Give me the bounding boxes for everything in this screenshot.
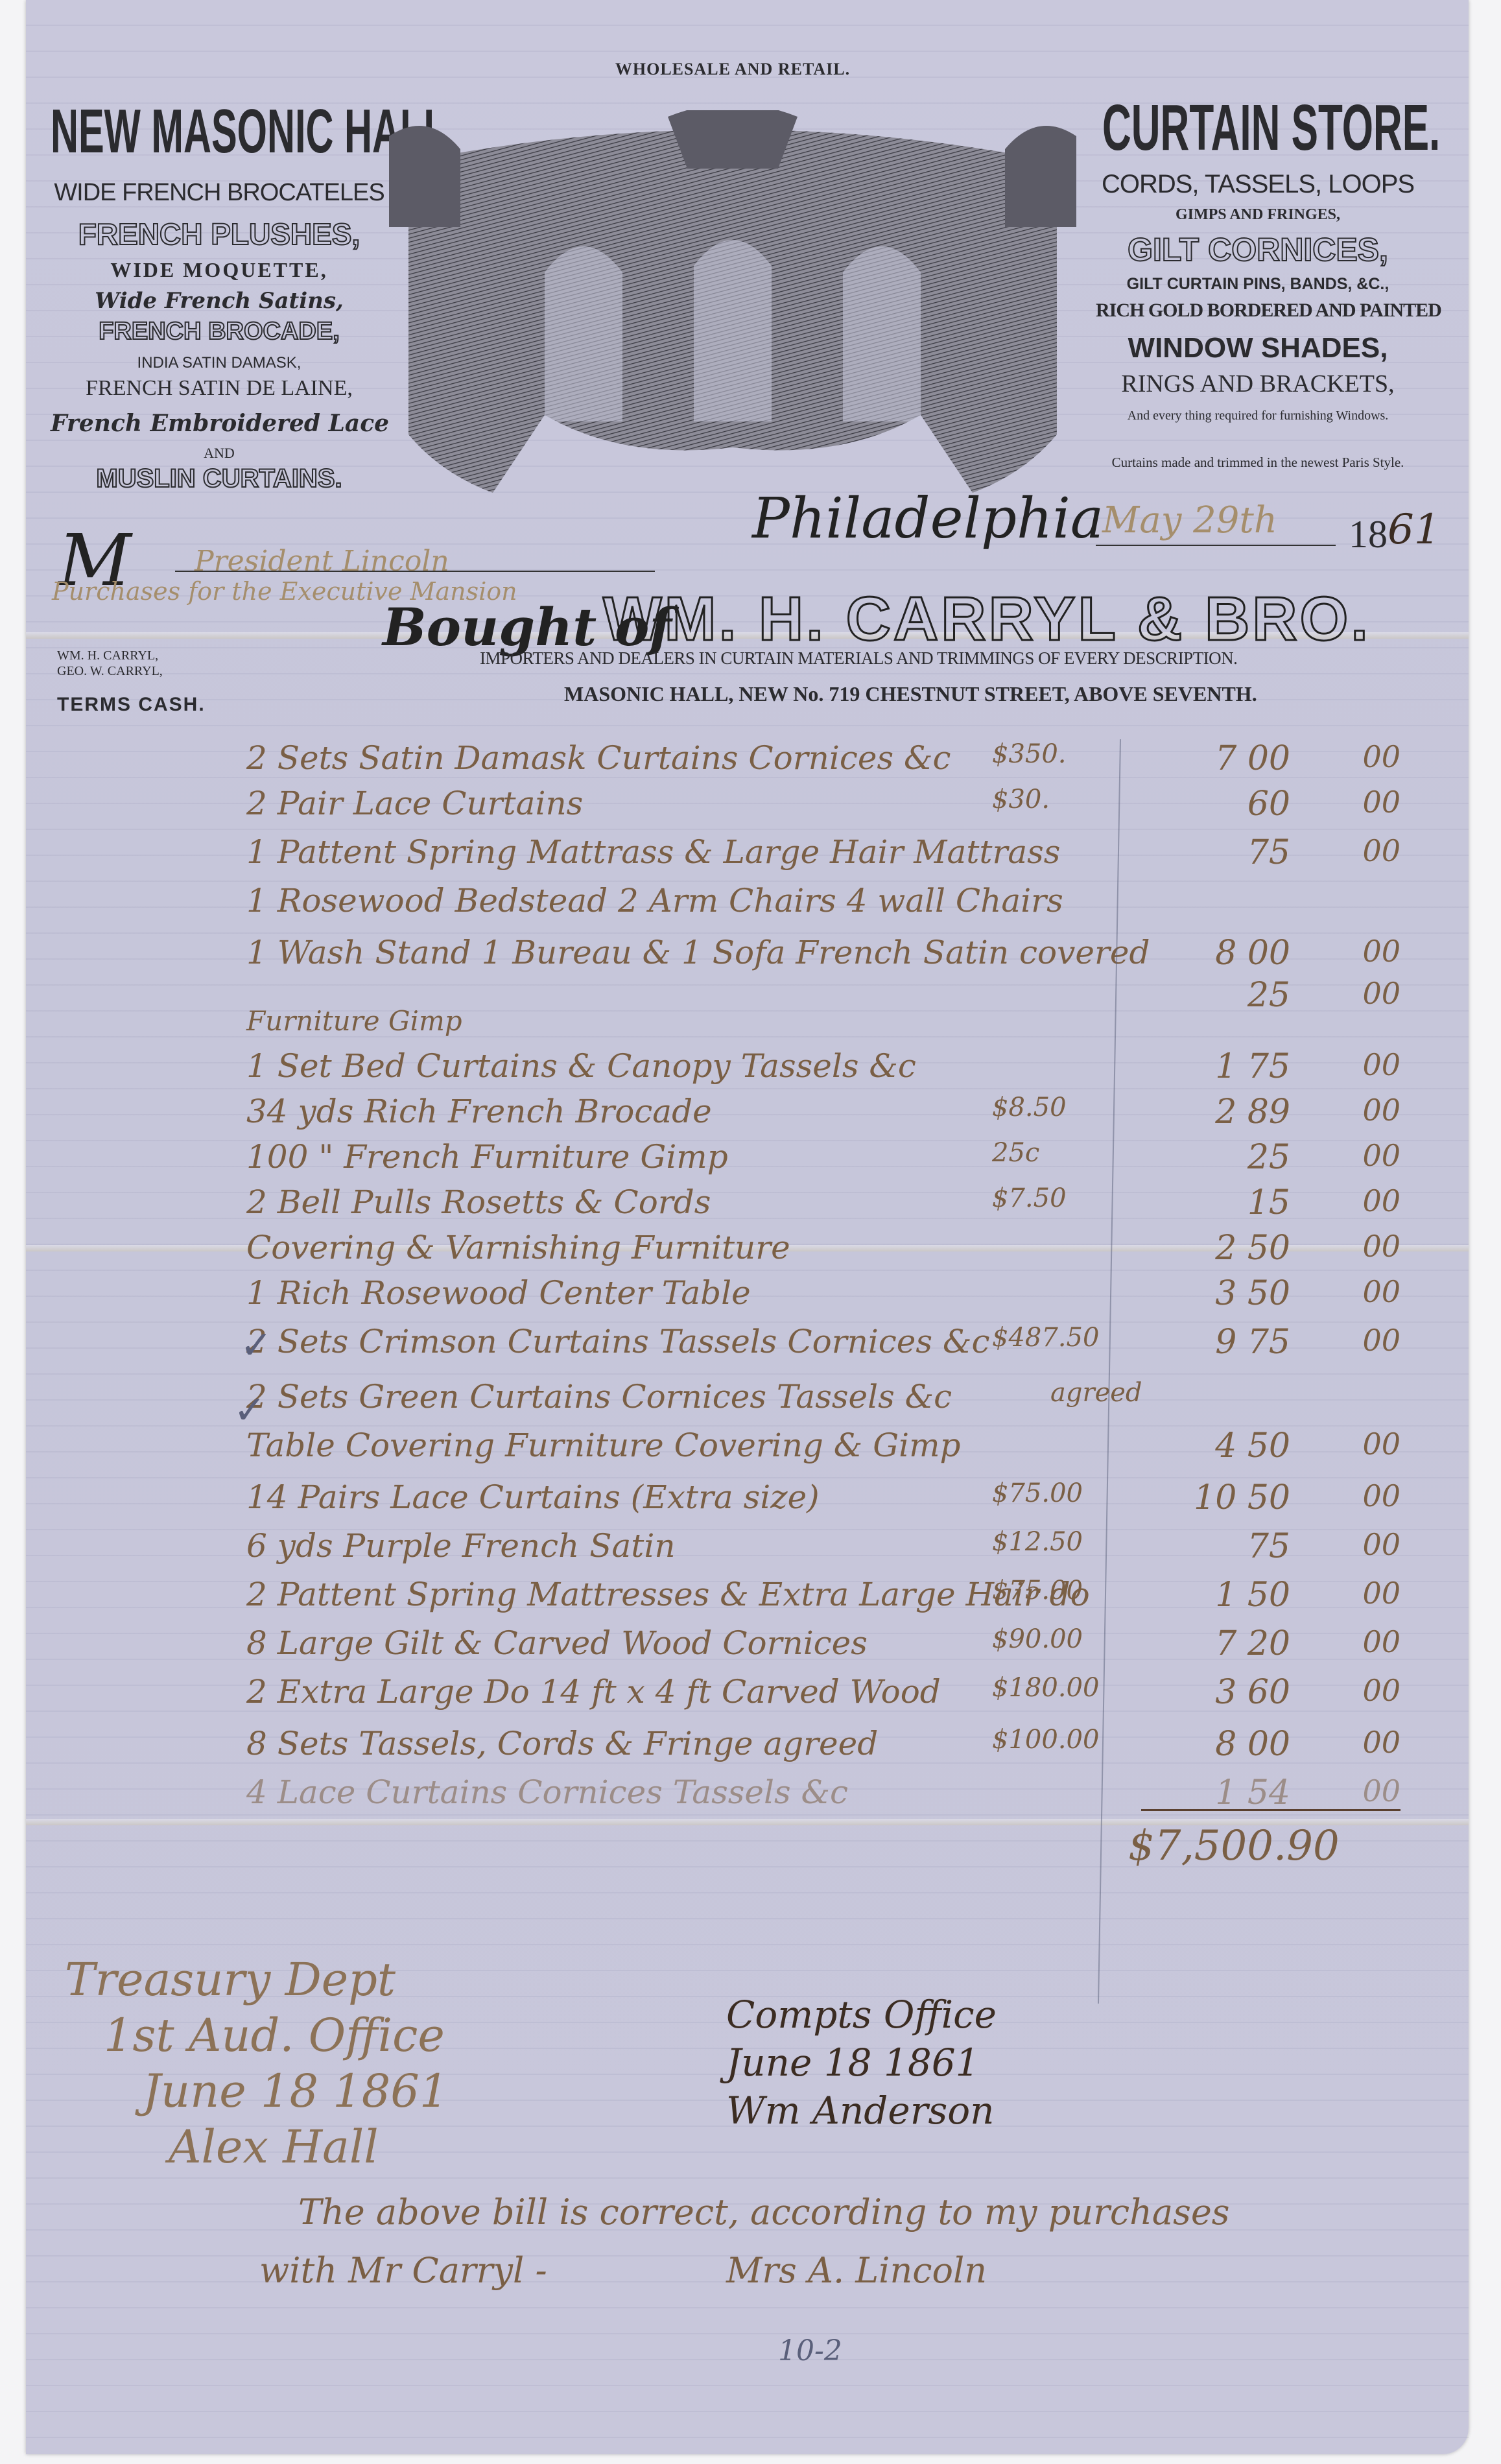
line-item: 2 Sets Green Curtains Cornices Tassels &… (246, 1378, 1401, 1423)
addressee-line (175, 571, 655, 572)
right-item: And every thing required for furnishing … (1115, 407, 1401, 424)
left-item: Wide French Satins, (51, 288, 388, 314)
right-item: CORDS, TASSELS, LOOPS (1096, 170, 1420, 199)
file-note: 10-2 (778, 2334, 842, 2367)
line-item: 1 Rosewood Bedstead 2 Arm Chairs 4 wall … (246, 882, 1401, 927)
line-item: 1 Wash Stand 1 Bureau & 1 Sofa French Sa… (246, 934, 1401, 979)
left-item: INDIA SATIN DAMASK, (51, 354, 388, 372)
line-item: 1 Rich Rosewood Center Table3 5000 (246, 1274, 1401, 1320)
left-item: FRENCH PLUSHES, (51, 217, 388, 252)
right-item: RICH GOLD BORDERED AND PAINTED (1096, 300, 1420, 322)
partner-name: WM. H. CARRYL, (57, 648, 158, 663)
right-item: WINDOW SHADES, (1096, 332, 1420, 364)
firm-tagline: IMPORTERS AND DEALERS IN CURTAIN MATERIA… (480, 648, 1237, 669)
right-item: Curtains made and trimmed in the newest … (1102, 454, 1413, 471)
line-item: 100 " French Furniture Gimp25c2500 (246, 1138, 1401, 1183)
right-item: GILT CURTAIN PINS, BANDS, &C., (1096, 275, 1420, 294)
addressee-handwritten: President Lincoln (195, 545, 449, 578)
year-printed: 18 (1349, 512, 1388, 557)
left-item: WIDE FRENCH BROCATELES (51, 179, 388, 207)
date-handwritten: May 29th (1102, 499, 1277, 541)
line-item: 6 yds Purple French Satin$12.507500 (246, 1527, 1401, 1572)
checkmark-icon: ✓ (240, 1323, 272, 1368)
date-line (1096, 545, 1336, 546)
treasury-endorsement: Treasury Dept 1st Aud. Office June 18 18… (65, 1952, 448, 2175)
line-item: 2 Sets Crimson Curtains Tassels Cornices… (246, 1323, 1401, 1368)
left-item: MUSLIN CURTAINS. (51, 464, 388, 493)
line-item: Covering & Varnishing Furniture2 5000 (246, 1229, 1401, 1274)
line-item: 2 Bell Pulls Rosetts & Cords$7.501500 (246, 1183, 1401, 1229)
approval-note-line1: The above bill is correct, according to … (298, 2192, 1229, 2233)
line-item: Furniture Gimp (246, 1005, 1401, 1050)
left-item: WIDE MOQUETTE, (51, 258, 388, 282)
right-item: RINGS AND BRACKETS, (1096, 370, 1420, 398)
line-item: 2 Pair Lace Curtains$30.6000 (246, 785, 1401, 830)
invoice-total: $7,500.90 (1128, 1822, 1340, 1870)
terms-cash: TERMS CASH. (57, 694, 206, 716)
checkmark-icon: ✓ (233, 1388, 266, 1433)
line-item: 1 Pattent Spring Mattrass & Large Hair M… (246, 833, 1401, 879)
line-item: 2 Sets Satin Damask Curtains Cornices &c… (246, 739, 1401, 785)
firm-address: MASONIC HALL, NEW No. 719 CHESTNUT STREE… (564, 682, 1257, 706)
line-item: 1 Set Bed Curtains & Canopy Tassels &c1 … (246, 1047, 1401, 1093)
line-item: 2 Extra Large Do 14 ft x 4 ft Carved Woo… (246, 1673, 1401, 1718)
right-item: GIMPS AND FRINGES, (1096, 206, 1420, 224)
left-item: FRENCH SATIN DE LAINE, (51, 376, 388, 401)
year-handwritten: 61 (1388, 506, 1440, 554)
partner-name: GEO. W. CARRYL, (57, 664, 163, 679)
line-item: 14 Pairs Lace Curtains (Extra size)$75.0… (246, 1478, 1401, 1524)
firm-name: WM. H. CARRYL & BRO. (603, 584, 1371, 655)
city-label: Philadelphia (752, 486, 1104, 551)
curtain-engraving-image (389, 110, 1076, 499)
comptroller-endorsement: Compts Office June 18 1861 Wm Anderson (726, 1991, 997, 2135)
line-item: 8 Sets Tassels, Cords & Fringe agreed$10… (246, 1725, 1401, 1770)
wholesale-retail: WHOLESALE AND RETAIL. (571, 60, 895, 79)
approval-note-line2: with Mr Carryl - (259, 2250, 547, 2291)
left-item: FRENCH BROCADE, (51, 318, 388, 346)
total-rule (1141, 1809, 1401, 1811)
line-item: 2 Pattent Spring Mattresses & Extra Larg… (246, 1576, 1401, 1621)
right-title: CURTAIN STORE. (1102, 91, 1440, 165)
line-item: 8 Large Gilt & Carved Wood Cornices$90.0… (246, 1624, 1401, 1670)
mrs-lincoln-signature: Mrs A. Lincoln (726, 2250, 987, 2291)
line-item: 4 Lace Curtains Cornices Tassels &c1 540… (246, 1773, 1401, 1819)
right-item: GILT CORNICES, (1096, 231, 1420, 268)
line-item: 34 yds Rich French Brocade$8.502 8900 (246, 1093, 1401, 1138)
left-item: AND (51, 445, 388, 462)
left-item: French Embroidered Lace (51, 410, 388, 437)
line-item: Table Covering Furniture Covering & Gimp… (246, 1427, 1401, 1472)
